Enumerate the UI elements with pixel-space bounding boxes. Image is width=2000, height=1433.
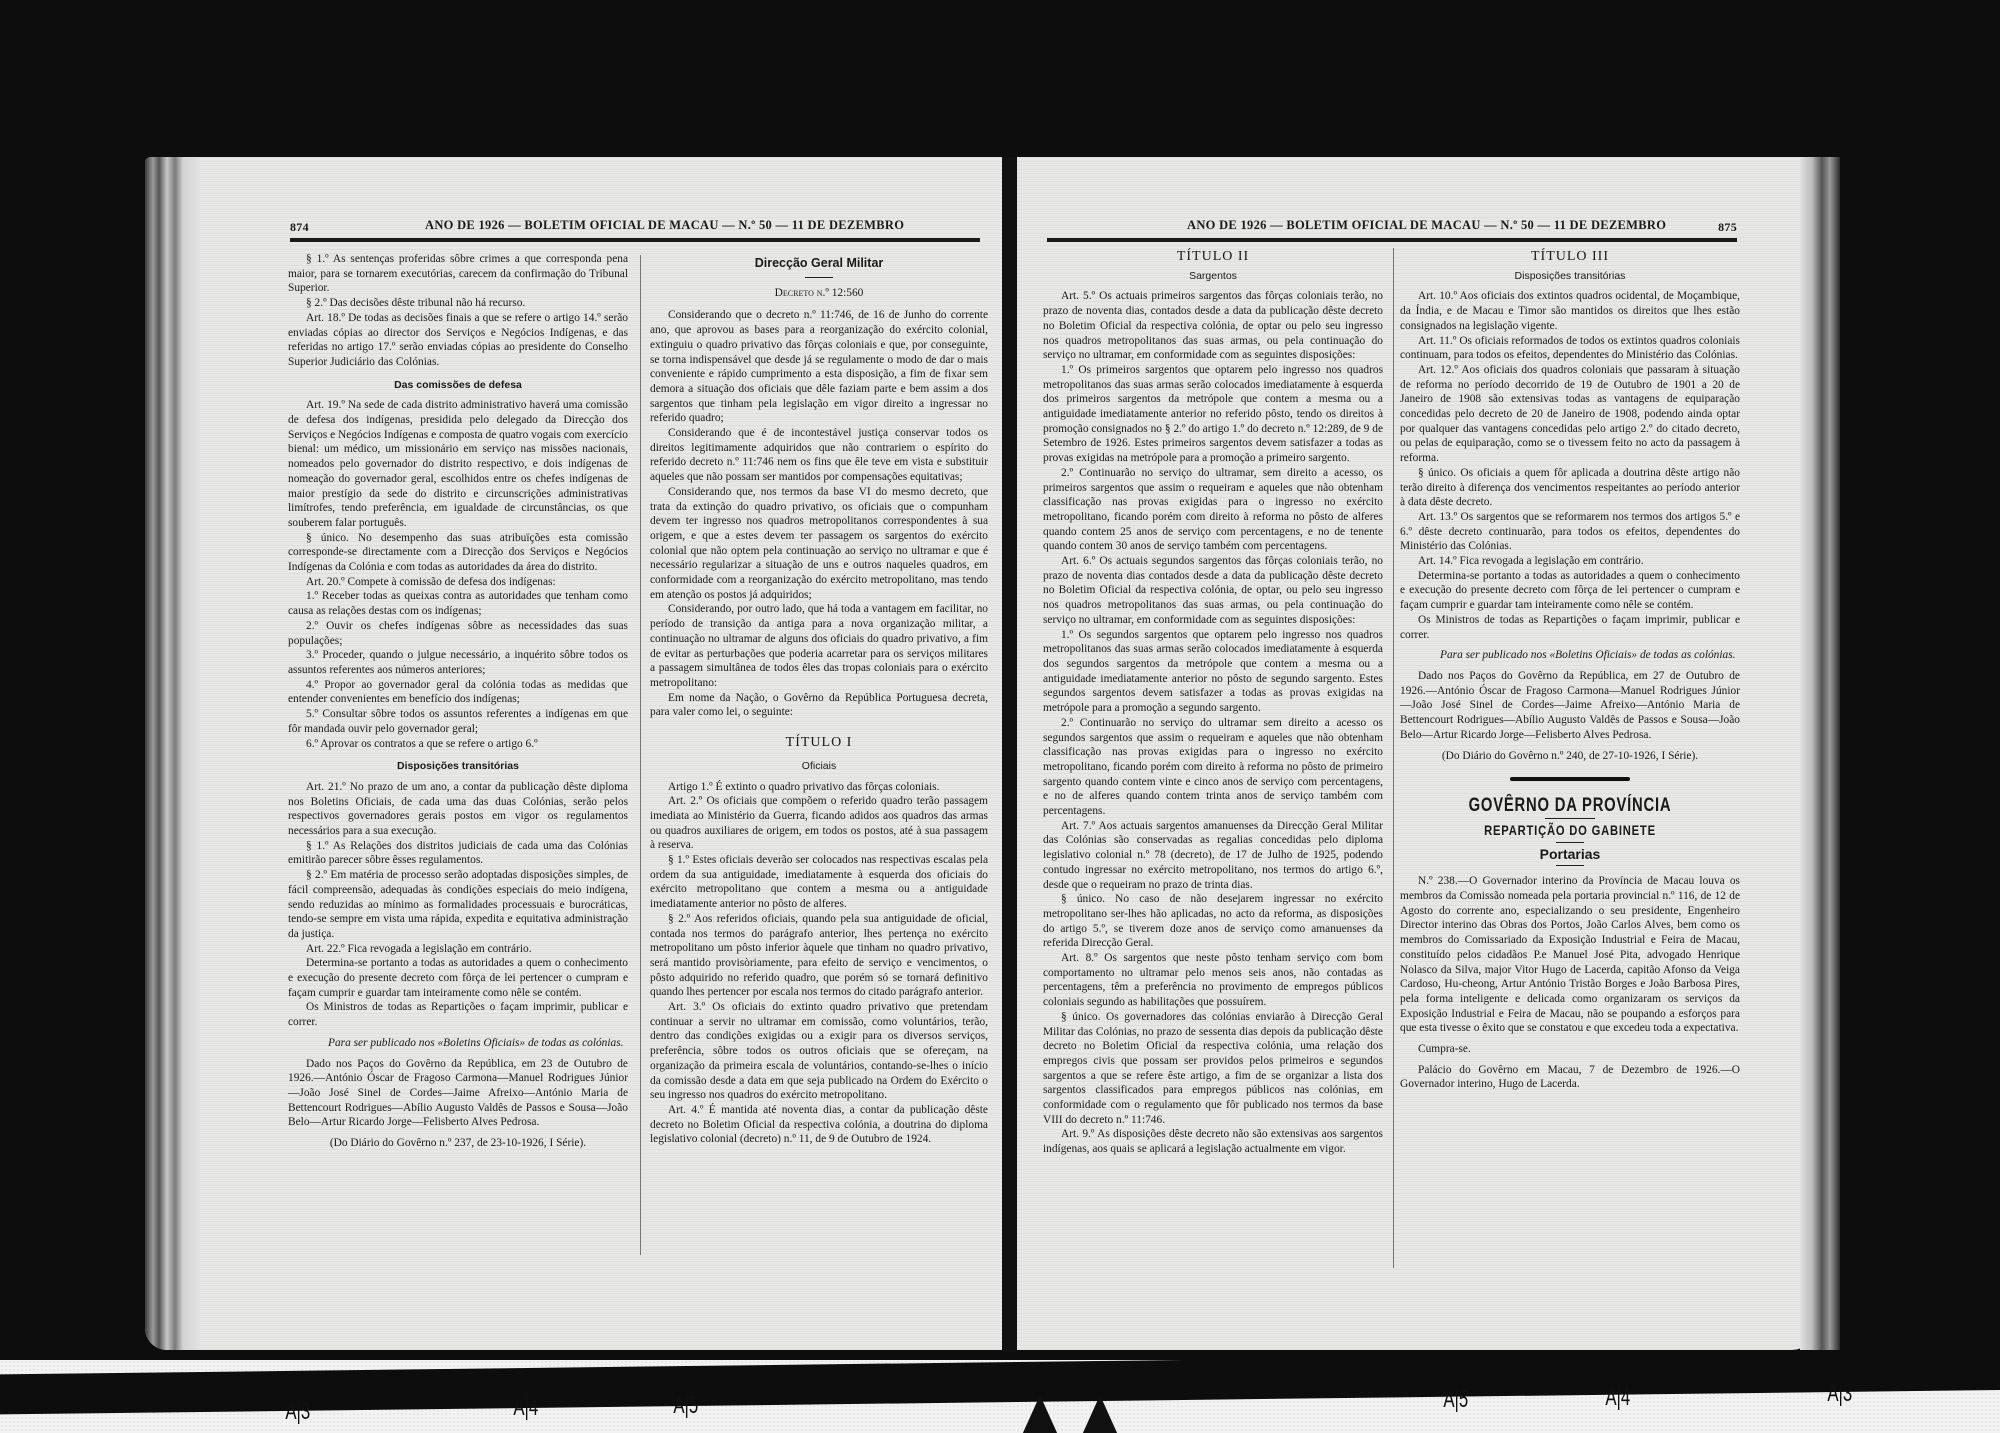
rule	[1556, 865, 1584, 866]
right-page-number: 875	[1718, 220, 1737, 235]
section-title: GOVÊRNO DA PROVÍNCIA	[1437, 799, 1702, 814]
paragraph: 1.º Os segundos sargentos que optarem pe…	[1043, 628, 1383, 716]
paragraph: § 2.º Das decisões dêste tribunal não há…	[288, 296, 628, 311]
film-mark: A|5	[673, 1392, 698, 1420]
paragraph: 6.º Aprovar os contratos a que se refere…	[288, 737, 628, 752]
left-page-number: 874	[290, 220, 309, 235]
film-mark: A|4	[513, 1394, 538, 1422]
paragraph: Art. 21.º No prazo de um ano, a contar d…	[288, 780, 628, 839]
film-mark: A|4	[1605, 1384, 1630, 1412]
paragraph: Art. 14.º Fica revogada a legislação em …	[1400, 554, 1740, 569]
right-header-rule	[1047, 238, 1737, 242]
paragraph: Art. 9.º As disposições dêste decreto nã…	[1043, 1127, 1383, 1156]
rule	[1545, 818, 1595, 819]
section-subtitle: Portarias	[1400, 847, 1740, 862]
paragraph: § 1.º As sentenças proferidas sôbre crim…	[288, 252, 628, 296]
paragraph: Art. 2.º Os oficiais que compõem o refer…	[650, 794, 988, 853]
paragraph: Art. 12.º Aos oficiais dos quadros colon…	[1400, 363, 1740, 466]
left-page-edge	[145, 157, 200, 1350]
paragraph: 1.º Os primeiros sargentos que optarem p…	[1043, 363, 1383, 466]
paragraph: Art. 5.º Os actuais primeiros sargentos …	[1043, 289, 1383, 363]
paragraph: § único. No caso de não desejarem ingres…	[1043, 892, 1383, 951]
paragraph: Determina-se portanto a todas as autorid…	[288, 956, 628, 1000]
paragraph: Art. 11.º Os oficiais reformados de todo…	[1400, 334, 1740, 363]
titulo-heading: TÍTULO I	[650, 736, 988, 751]
left-header-title: ANO DE 1926 — BOLETIM OFICIAL DE MACAU —…	[425, 218, 904, 233]
section-heading: Disposições transitórias	[288, 759, 628, 774]
source-citation: (Do Diário do Govêrno n.º 237, de 23-10-…	[288, 1136, 628, 1151]
paragraph: Em nome da Nação, o Govêrno da República…	[650, 691, 988, 720]
paragraph: 3.º Proceder, quando o julgue necessário…	[288, 648, 628, 677]
publication-note: Para ser publicado nos «Boletins Oficiai…	[1400, 648, 1740, 663]
paragraph: Cumpra-se.	[1400, 1042, 1740, 1057]
paragraph: Art. 22.º Fica revogada a legislação em …	[288, 942, 628, 957]
rule	[1556, 842, 1584, 843]
paragraph: § 2.º Em matéria de processo serão adopt…	[288, 868, 628, 942]
right-page-edge	[1800, 157, 1840, 1350]
signatures: Dado nos Paços do Govêrno da República, …	[1400, 669, 1740, 743]
left-page-header: 874 ANO DE 1926 — BOLETIM OFICIAL DE MAC…	[290, 218, 980, 240]
paragraph: § único. Os oficiais a quem fôr aplicada…	[1400, 466, 1740, 510]
section-heading: Oficiais	[650, 759, 988, 774]
paragraph: Artigo 1.º É extinto o quadro privativo …	[650, 780, 988, 795]
right-column-1: TÍTULO II Sargentos Art. 5.º Os actuais …	[1043, 250, 1383, 1157]
paragraph: 2.º Ouvir os chefes indígenas sôbre as n…	[288, 619, 628, 648]
paragraph: 4.º Propor ao governador geral da colóni…	[288, 678, 628, 707]
paragraph: § 1.º As Relações dos distritos judiciai…	[288, 839, 628, 868]
paragraph: § 2.º Aos referidos oficiais, quando pel…	[650, 912, 988, 1000]
right-header-title: ANO DE 1926 — BOLETIM OFICIAL DE MACAU —…	[1187, 218, 1666, 233]
source-citation: (Do Diário do Govêrno n.º 240, de 27-10-…	[1400, 749, 1740, 764]
paragraph: Art. 3.º Os oficiais do extinto quadro p…	[650, 1000, 988, 1103]
publication-note: Para ser publicado nos «Boletins Oficiai…	[288, 1036, 628, 1051]
left-column-divider	[640, 255, 641, 1255]
paragraph: § único. Os governadores das colónias en…	[1043, 1010, 1383, 1128]
film-alignment-triangle-left	[1022, 1395, 1058, 1433]
paragraph: Considerando que o decreto n.º 11:746, d…	[650, 308, 988, 426]
film-mark: A|5	[1443, 1386, 1468, 1414]
paragraph: § 1.º Estes oficiais deverão ser colocad…	[650, 853, 988, 912]
film-alignment-triangle-right	[1082, 1395, 1118, 1433]
right-page-header: ANO DE 1926 — BOLETIM OFICIAL DE MACAU —…	[1047, 218, 1737, 240]
paragraph: § único. No desempenho das suas atribuïç…	[288, 531, 628, 575]
paragraph: Art. 4.º É mantida até noventa dias, a c…	[650, 1103, 988, 1147]
left-column-1: § 1.º As sentenças proferidas sôbre crim…	[288, 252, 628, 1151]
paragraph: Determina-se portanto a todas as autorid…	[1400, 569, 1740, 613]
paragraph: Considerando que, nos termos da base VI …	[650, 485, 988, 603]
section-separator	[1510, 777, 1630, 781]
section-subtitle: REPARTIÇÃO DO GABINETE	[1434, 823, 1706, 838]
paragraph: Os Ministros de todas as Repartições o f…	[1400, 613, 1740, 642]
paragraph: 2.º Continuarão no serviço do ultramar s…	[1043, 716, 1383, 819]
film-mark: A|3	[285, 1398, 310, 1426]
paragraph: Art. 7.º Aos actuais sargentos amanuense…	[1043, 819, 1383, 893]
paragraph: Art. 13.º Os sargentos que se reformarem…	[1400, 510, 1740, 554]
decree-number: Decreto n.º 12:560	[650, 286, 988, 301]
signatures: Dado nos Paços do Govêrno da República, …	[288, 1057, 628, 1131]
paragraph: 1.º Receber todas as queixas contra as a…	[288, 589, 628, 618]
book-gutter	[1002, 157, 1017, 1352]
titulo-heading: TÍTULO III	[1400, 250, 1740, 265]
paragraph: Art. 19.º Na sede de cada distrito admin…	[288, 398, 628, 530]
paragraph: Art. 18.º De todas as decisões finais a …	[288, 311, 628, 370]
right-column-2: TÍTULO III Disposições transitórias Art.…	[1400, 250, 1740, 1092]
section-heading: Das comissões de defesa	[288, 378, 628, 393]
rule	[805, 277, 833, 278]
paragraph: Considerando, por outro lado, que há tod…	[650, 602, 988, 690]
paragraph: Art. 6.º Os actuais segundos sargentos d…	[1043, 554, 1383, 628]
paragraph: Considerando que é de incontestável just…	[650, 426, 988, 485]
right-column-divider	[1393, 248, 1394, 1268]
paragraph: Art. 10.º Aos oficiais dos extintos quad…	[1400, 289, 1740, 333]
section-heading: Disposições transitórias	[1400, 269, 1740, 284]
paragraph: N.º 238.—O Governador interino da Provín…	[1400, 874, 1740, 1036]
paragraph: 2.º Continuarão no serviço do ultramar, …	[1043, 466, 1383, 554]
film-mark: A|3	[1827, 1380, 1852, 1408]
paragraph: Palácio do Govêrno em Macau, 7 de Dezemb…	[1400, 1063, 1740, 1092]
left-column-2: Direcção Geral Militar Decreto n.º 12:56…	[650, 256, 988, 1147]
section-heading: Sargentos	[1043, 269, 1383, 284]
paragraph: 5.º Consultar sôbre todos os assuntos re…	[288, 707, 628, 736]
department-heading: Direcção Geral Militar	[650, 256, 988, 271]
titulo-heading: TÍTULO II	[1043, 250, 1383, 265]
paragraph: Os Ministros de todas as Repartições o f…	[288, 1000, 628, 1029]
left-header-rule	[290, 238, 980, 242]
paragraph: Art. 8.º Os sargentos que neste pôsto te…	[1043, 951, 1383, 1010]
paragraph: Art. 20.º Compete à comissão de defesa d…	[288, 575, 628, 590]
